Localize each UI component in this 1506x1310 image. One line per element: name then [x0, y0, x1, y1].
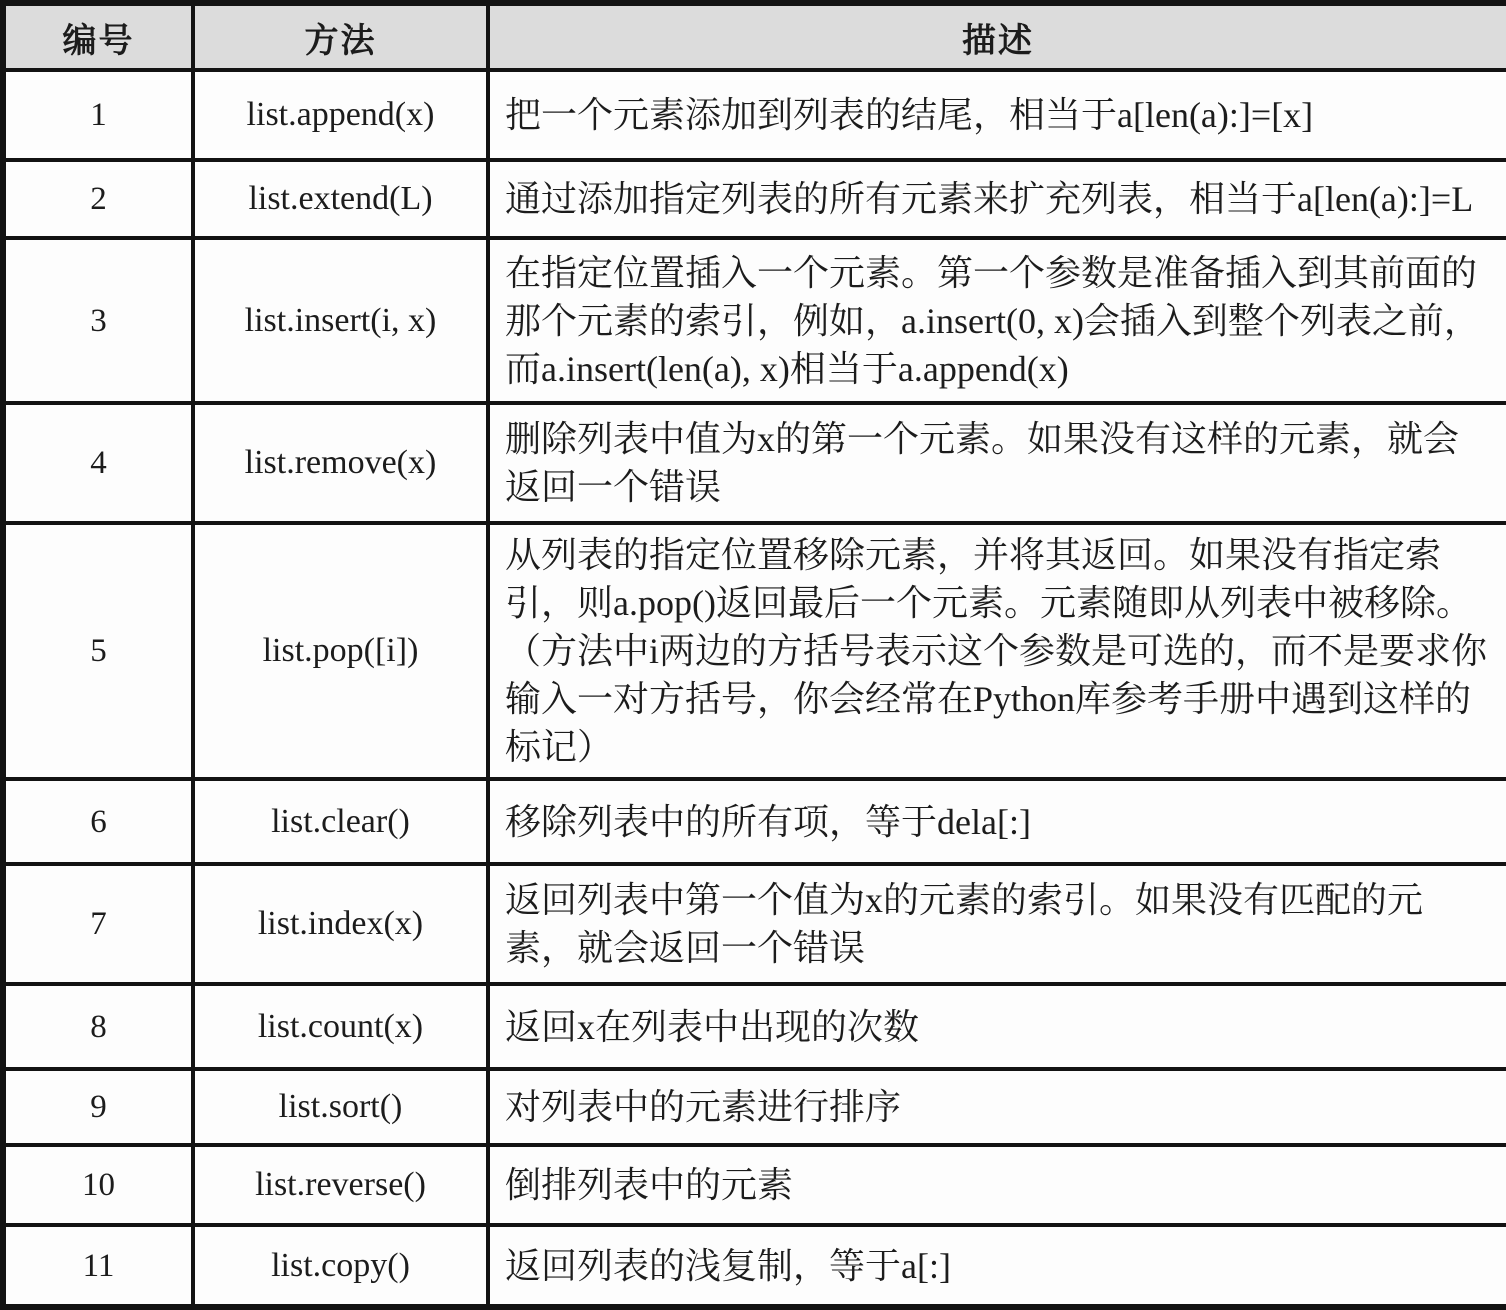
header-number: 编号 [3, 3, 193, 70]
method-cell: list.reverse() [193, 1145, 488, 1225]
table-row: 3list.insert(i, x)在指定位置插入一个元素。第一个参数是准备插入… [3, 238, 1506, 403]
table-body: 1list.append(x)把一个元素添加到列表的结尾，相当于a[len(a)… [3, 70, 1506, 1307]
description-cell: 通过添加指定列表的所有元素来扩充列表，相当于a[len(a):]=L [488, 160, 1506, 238]
row-number-cell: 3 [3, 238, 193, 403]
description-cell: 在指定位置插入一个元素。第一个参数是准备插入到其前面的那个元素的索引，例如，a.… [488, 238, 1506, 403]
method-cell: list.sort() [193, 1069, 488, 1145]
method-cell: list.pop([i]) [193, 523, 488, 779]
table-row: 7list.index(x)返回列表中第一个值为x的元素的索引。如果没有匹配的元… [3, 864, 1506, 984]
method-cell: list.clear() [193, 779, 488, 864]
table-row: 1list.append(x)把一个元素添加到列表的结尾，相当于a[len(a)… [3, 70, 1506, 160]
method-cell: list.index(x) [193, 864, 488, 984]
description-cell: 返回列表中第一个值为x的元素的索引。如果没有匹配的元素，就会返回一个错误 [488, 864, 1506, 984]
description-cell: 倒排列表中的元素 [488, 1145, 1506, 1225]
table-row: 5list.pop([i])从列表的指定位置移除元素，并将其返回。如果没有指定索… [3, 523, 1506, 779]
description-cell: 删除列表中值为x的第一个元素。如果没有这样的元素，就会返回一个错误 [488, 403, 1506, 523]
row-number-cell: 2 [3, 160, 193, 238]
header-method: 方法 [193, 3, 488, 70]
row-number-cell: 8 [3, 984, 193, 1069]
table-row: 4list.remove(x)删除列表中值为x的第一个元素。如果没有这样的元素，… [3, 403, 1506, 523]
row-number-cell: 9 [3, 1069, 193, 1145]
list-methods-table: 编号 方法 描述 1list.append(x)把一个元素添加到列表的结尾，相当… [0, 0, 1506, 1310]
table-header: 编号 方法 描述 [3, 3, 1506, 70]
table-row: 9list.sort()对列表中的元素进行排序 [3, 1069, 1506, 1145]
description-cell: 返回列表的浅复制，等于a[:] [488, 1225, 1506, 1307]
row-number-cell: 4 [3, 403, 193, 523]
description-cell: 从列表的指定位置移除元素，并将其返回。如果没有指定索引，则a.pop()返回最后… [488, 523, 1506, 779]
description-cell: 返回x在列表中出现的次数 [488, 984, 1506, 1069]
method-cell: list.copy() [193, 1225, 488, 1307]
table-row: 2list.extend(L)通过添加指定列表的所有元素来扩充列表，相当于a[l… [3, 160, 1506, 238]
row-number-cell: 1 [3, 70, 193, 160]
row-number-cell: 7 [3, 864, 193, 984]
table-row: 11list.copy()返回列表的浅复制，等于a[:] [3, 1225, 1506, 1307]
description-cell: 移除列表中的所有项，等于dela[:] [488, 779, 1506, 864]
description-cell: 把一个元素添加到列表的结尾，相当于a[len(a):]=[x] [488, 70, 1506, 160]
method-cell: list.insert(i, x) [193, 238, 488, 403]
table-row: 10list.reverse()倒排列表中的元素 [3, 1145, 1506, 1225]
method-cell: list.extend(L) [193, 160, 488, 238]
header-row: 编号 方法 描述 [3, 3, 1506, 70]
row-number-cell: 5 [3, 523, 193, 779]
table-row: 6list.clear()移除列表中的所有项，等于dela[:] [3, 779, 1506, 864]
method-cell: list.count(x) [193, 984, 488, 1069]
header-description: 描述 [488, 3, 1506, 70]
table-row: 8list.count(x)返回x在列表中出现的次数 [3, 984, 1506, 1069]
row-number-cell: 11 [3, 1225, 193, 1307]
description-cell: 对列表中的元素进行排序 [488, 1069, 1506, 1145]
method-cell: list.remove(x) [193, 403, 488, 523]
row-number-cell: 10 [3, 1145, 193, 1225]
method-cell: list.append(x) [193, 70, 488, 160]
row-number-cell: 6 [3, 779, 193, 864]
